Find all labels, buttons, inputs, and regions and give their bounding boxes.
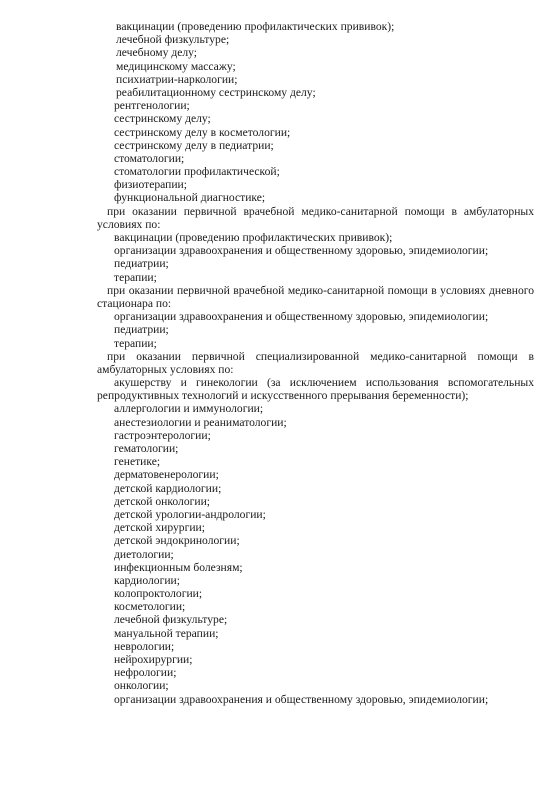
list-item: реабилитационному сестринскому делу; — [97, 86, 534, 99]
list-item: детской урологии-андрологии; — [97, 508, 534, 521]
list-item: сестринскому делу; — [97, 112, 534, 125]
list-item: анестезиологии и реаниматологии; — [97, 416, 534, 429]
list-item: колопроктологии; — [97, 587, 534, 600]
list-item: стоматологии профилактической; — [97, 165, 534, 178]
section-heading: при оказании первичной специализированно… — [97, 350, 534, 376]
list-item: генетике; — [97, 455, 534, 468]
section-ambulatory-primary: при оказании первичной врачебной медико-… — [97, 205, 534, 284]
list-item: неврологии; — [97, 640, 534, 653]
list-item: детской кардиологии; — [97, 482, 534, 495]
section-day-hospital: при оказании первичной врачебной медико-… — [97, 284, 534, 350]
section-heading: при оказании первичной врачебной медико-… — [97, 284, 534, 310]
list-item: организации здравоохранения и общественн… — [97, 693, 534, 706]
list-item: рентгенологии; — [97, 99, 534, 112]
list-item: дерматовенерологии; — [97, 468, 534, 481]
list-item: сестринскому делу в педиатрии; — [97, 139, 534, 152]
list-item: акушерству и гинекологии (за исключением… — [97, 376, 534, 402]
list-item: детской онкологии; — [97, 495, 534, 508]
list-item: кардиологии; — [97, 574, 534, 587]
list-item: стоматологии; — [97, 152, 534, 165]
list-item: функциональной диагностике; — [97, 191, 534, 204]
list-item: мануальной терапии; — [97, 627, 534, 640]
list-item: гастроэнтерологии; — [97, 429, 534, 442]
list-item: педиатрии; — [97, 257, 534, 270]
list-item: детской хирургии; — [97, 521, 534, 534]
list-item: лечебной физкультуре; — [97, 613, 534, 626]
list-item: терапии; — [97, 271, 534, 284]
list-item: нефрологии; — [97, 666, 534, 679]
list-item: лечебному делу; — [97, 46, 534, 59]
list-item: гематологии; — [97, 442, 534, 455]
list-item: лечебной физкультуре; — [97, 33, 534, 46]
document-page: вакцинации (проведению профилактических … — [97, 20, 534, 706]
list-item: аллергологии и иммунологии; — [97, 402, 534, 415]
list-item: организации здравоохранения и общественн… — [97, 310, 534, 323]
list-item: педиатрии; — [97, 323, 534, 336]
list-item: физиотерапии; — [97, 178, 534, 191]
list-item: косметологии; — [97, 600, 534, 613]
list-item: сестринскому делу в косметологии; — [97, 126, 534, 139]
list-item: диетологии; — [97, 548, 534, 561]
section-specialized-ambulatory: при оказании первичной специализированно… — [97, 350, 534, 706]
section1-list: вакцинации (проведению профилактических … — [97, 20, 534, 205]
list-item: психиатрии-наркологии; — [97, 73, 534, 86]
list-item: детской эндокринологии; — [97, 534, 534, 547]
list-item: вакцинации (проведению профилактических … — [97, 231, 534, 244]
list-item: инфекционным болезням; — [97, 561, 534, 574]
section-heading: при оказании первичной врачебной медико-… — [97, 205, 534, 231]
list-item: онкологии; — [97, 679, 534, 692]
list-item: терапии; — [97, 337, 534, 350]
list-item: организации здравоохранения и общественн… — [97, 244, 534, 257]
list-item: нейрохирургии; — [97, 653, 534, 666]
list-item: вакцинации (проведению профилактических … — [97, 20, 534, 33]
list-item: медицинскому массажу; — [97, 60, 534, 73]
